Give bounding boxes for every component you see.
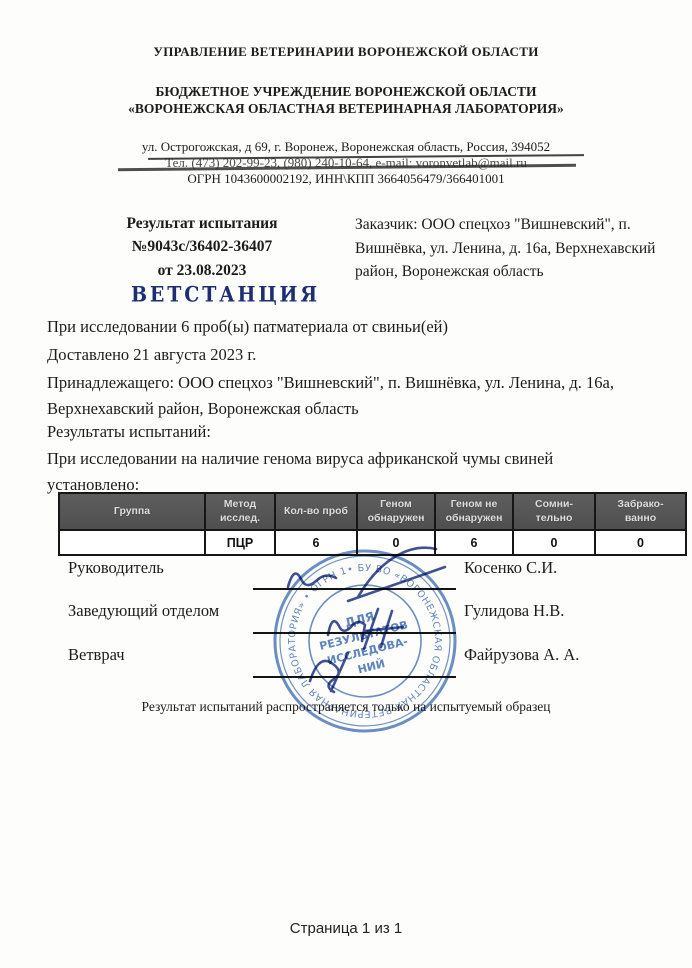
col-method: Метод исслед. (205, 493, 275, 530)
handwritten-signatures (240, 535, 480, 705)
organization-name-line1: БЮДЖЕТНОЕ УЧРЕЖДЕНИЕ ВОРОНЕЖСКОЙ ОБЛАСТИ (0, 84, 692, 100)
cell-doubtful: 0 (513, 530, 595, 555)
col-genome-found: Геном обнаружен (357, 493, 435, 530)
result-date: от 23.08.2023 (58, 259, 346, 282)
signature-role-director: Руководитель (68, 558, 164, 578)
table-header-row: Группа Метод исслед. Кол-во проб Геном о… (59, 493, 686, 530)
delivered-line: Доставлено 21 августа 2023 г. (47, 342, 667, 368)
scope-note: Результат испытаний распространяется тол… (0, 699, 692, 715)
result-title-block: Результат испытания №9043с/36402-36407 о… (58, 212, 346, 282)
finding-line: При исследовании на наличие генома вирус… (47, 446, 637, 498)
signature-role-veterinarian: Ветврач (68, 645, 125, 665)
col-genome-not-found: Геном не обнаружен (435, 493, 513, 530)
vet-station-stamp: ВЕТСТАНЦИЯ (131, 281, 321, 306)
organization-name-line2: «ВОРОНЕЖСКАЯ ОБЛАСТНАЯ ВЕТЕРИНАРНАЯ ЛАБО… (0, 101, 692, 117)
col-group: Группа (59, 493, 205, 530)
owner-line: Принадлежащего: ООО спецхоз "Вишневский"… (47, 370, 662, 422)
page-indicator: Страница 1 из 1 (0, 920, 692, 937)
result-number: №9043с/36402-36407 (58, 235, 346, 258)
signature-role-head-of-department: Заведующий отделом (68, 601, 219, 621)
customer-block: Заказчик: ООО спецхоз "Вишневский", п. В… (355, 213, 683, 284)
col-doubtful: Сомни- тельно (513, 493, 595, 530)
signature-name-veterinarian: Файрузова А. А. (464, 645, 579, 665)
scanned-lab-report: УПРАВЛЕНИЕ ВЕТЕРИНАРИИ ВОРОНЕЖСКОЙ ОБЛАС… (0, 0, 692, 968)
address-line: ул. Острогожская, д 69, г. Воронеж, Воро… (0, 139, 692, 155)
cell-rejected: 0 (595, 530, 686, 555)
result-title: Результат испытания (58, 212, 346, 235)
ogrn-inn-line: ОГРН 1043600002192, ИНН\КПП 3664056479/3… (0, 171, 692, 187)
results-label: Результаты испытаний: (47, 419, 667, 445)
cell-group (59, 530, 205, 555)
col-sample-count: Кол-во проб (275, 493, 357, 530)
col-rejected: Забрако- ванно (595, 493, 686, 530)
samples-line: При исследовании 6 проб(ы) патматериала … (47, 314, 667, 340)
authority-title: УПРАВЛЕНИЕ ВЕТЕРИНАРИИ ВОРОНЕЖСКОЙ ОБЛАС… (0, 44, 692, 60)
